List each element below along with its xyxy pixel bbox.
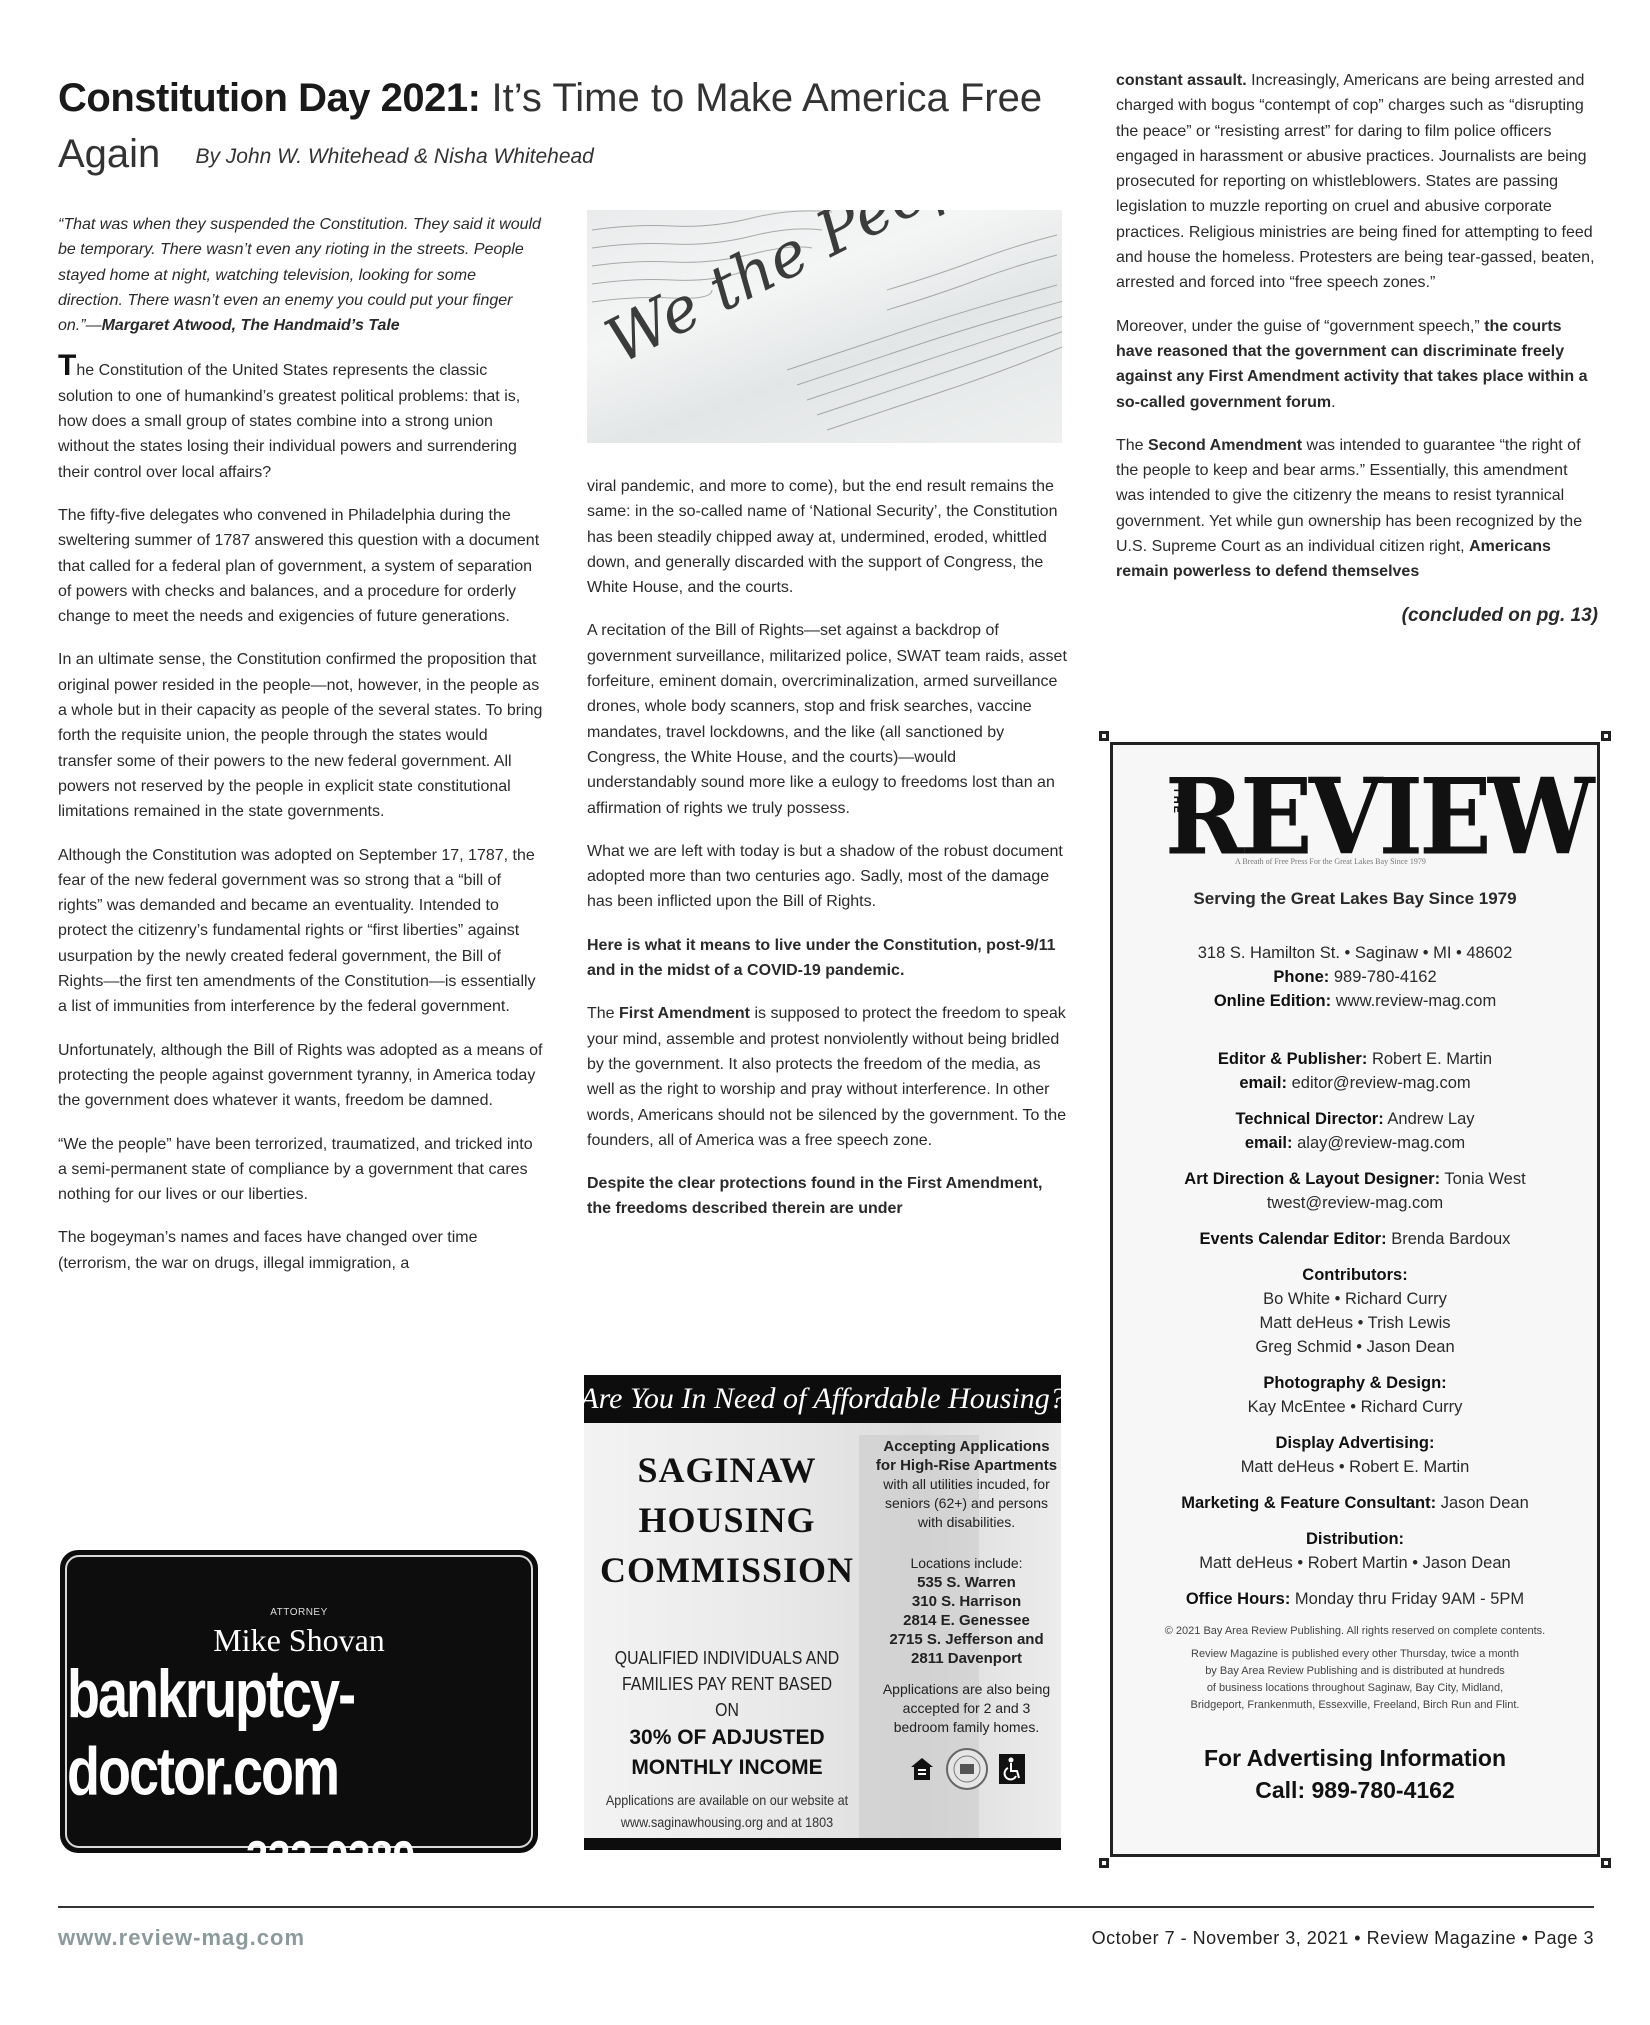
editor-email-line: email: editor@review-mag.com	[1113, 1071, 1597, 1095]
housing-percent: 30% OF ADJUSTED MONTHLY INCOME	[592, 1723, 862, 1783]
location: 2811 Davenport	[911, 1650, 1022, 1667]
paragraph: A recitation of the Bill of Rights—set a…	[587, 618, 1067, 820]
byline: By John W. Whitehead & Nisha Whitehead	[195, 145, 593, 168]
paragraph: The Constitution of the United States re…	[58, 356, 544, 484]
continued-notice: (concluded on pg. 13)	[1116, 603, 1598, 628]
distribution-names: Matt deHeus • Robert Martin • Jason Dean	[1113, 1551, 1597, 1575]
housing-ad[interactable]: Are You In Need of Affordable Housing? S…	[584, 1375, 1061, 1850]
seal-icon	[945, 1747, 989, 1796]
paragraph: In an ultimate sense, the Constitution c…	[58, 647, 544, 824]
paragraph: viral pandemic, and more to come), but t…	[587, 474, 1067, 600]
advertising-cta: For Advertising Information Call: 989-78…	[1113, 1742, 1597, 1806]
title-light-1: It’s Time to Make America Free	[492, 76, 1043, 120]
article-column-3: constant assault. Increasingly, American…	[1116, 68, 1598, 628]
online-edition-line: Online Edition: www.review-mag.com	[1113, 989, 1597, 1013]
tech-email-link[interactable]: alay@review-mag.com	[1297, 1134, 1465, 1152]
housing-org-line: SAGINAW	[592, 1445, 862, 1495]
art-email-link[interactable]: twest@review-mag.com	[1113, 1191, 1597, 1215]
housing-org-line: HOUSING	[592, 1495, 862, 1545]
paragraph: constant assault. Increasingly, American…	[1116, 68, 1598, 296]
phone-line: Phone: 989-780-4162	[1113, 965, 1597, 989]
review-logo: THE REVIEW A Breath of Free Press For th…	[1155, 767, 1555, 877]
paragraph: The bogeyman’s names and faces have chan…	[58, 1225, 544, 1276]
equal-housing-icon	[909, 1756, 935, 1787]
tech-email-line: email: alay@review-mag.com	[1113, 1131, 1597, 1155]
footer-divider	[58, 1906, 1594, 1908]
publication-info: Review Magazine is published every other…	[1113, 1646, 1597, 1714]
paragraph: Moreover, under the guise of “government…	[1116, 314, 1598, 415]
contributors-label: Contributors:	[1302, 1266, 1407, 1284]
serving-tagline: Serving the Great Lakes Bay Since 1979	[1113, 887, 1597, 911]
contributors-line: Matt deHeus • Trish Lewis	[1113, 1311, 1597, 1335]
editor-email-link[interactable]: editor@review-mag.com	[1292, 1074, 1471, 1092]
editor-line: Editor & Publisher: Robert E. Martin	[1113, 1047, 1597, 1071]
housing-right-column: Accepting Applications for High-Rise Apa…	[874, 1437, 1059, 1796]
bankruptcy-ad[interactable]: ATTORNEY Mike Shovan bankruptcy-doctor.c…	[60, 1550, 538, 1853]
frame-corner-ornament	[1099, 1858, 1109, 1868]
paragraph: Here is what it means to live under the …	[587, 933, 1067, 984]
paragraph: The First Amendment is supposed to prote…	[587, 1001, 1067, 1153]
article-title: Constitution Day 2021: It’s Time to Make…	[58, 70, 1068, 185]
epigraph: “That was when they suspended the Consti…	[58, 212, 544, 338]
footer-website-link[interactable]: www.review-mag.com	[58, 1925, 305, 1951]
housing-org-line: COMMISSION	[592, 1545, 862, 1595]
paragraph: Unfortunately, although the Bill of Righ…	[58, 1038, 544, 1114]
paragraph: Despite the clear protections found in t…	[587, 1171, 1067, 1222]
housing-qualified: QUALIFIED INDIVIDUALS AND FAMILIES PAY R…	[608, 1645, 846, 1723]
events-editor-line: Events Calendar Editor: Brenda Bardoux	[1113, 1227, 1597, 1251]
tech-director-line: Technical Director: Andrew Lay	[1113, 1107, 1597, 1131]
contributors-line: Greg Schmid • Jason Dean	[1113, 1335, 1597, 1359]
we-the-people-image: We the People	[587, 210, 1062, 443]
article-column-2: viral pandemic, and more to come), but t…	[587, 474, 1067, 1240]
ad-phone: (989) 233-9389	[183, 1837, 415, 1882]
display-advertising-label: Display Advertising:	[1276, 1434, 1435, 1452]
masthead-box: THE REVIEW A Breath of Free Press For th…	[1110, 742, 1600, 1857]
frame-corner-ornament	[1601, 731, 1611, 741]
frame-corner-ornament	[1601, 1858, 1611, 1868]
display-advertising-names: Matt deHeus • Robert E. Martin	[1113, 1455, 1597, 1479]
location: 2715 S. Jefferson and	[889, 1631, 1043, 1648]
location: 310 S. Harrison	[912, 1593, 1021, 1610]
advertising-phone[interactable]: Call: 989-780-4162	[1113, 1774, 1597, 1806]
ad-attorney-name: Mike Shovan	[213, 1622, 385, 1659]
location: 535 S. Warren	[917, 1574, 1016, 1591]
title-light-2: Again	[58, 132, 160, 176]
contributors-line: Bo White • Richard Curry	[1113, 1287, 1597, 1311]
housing-left-column: SAGINAW HOUSING COMMISSION QUALIFIED IND…	[592, 1445, 862, 1850]
paragraph: Although the Constitution was adopted on…	[58, 843, 544, 1020]
marketing-line: Marketing & Feature Consultant: Jason De…	[1113, 1491, 1597, 1515]
frame-corner-ornament	[1099, 731, 1109, 741]
epigraph-attribution: Margaret Atwood, The Handmaid’s Tale	[102, 317, 400, 334]
housing-apps: Applications are available on our websit…	[606, 1789, 849, 1850]
footer-issue-info: October 7 - November 3, 2021 • Review Ma…	[1092, 1928, 1594, 1949]
housing-banner: Are You In Need of Affordable Housing?	[584, 1375, 1061, 1423]
paragraph: The Second Amendment was intended to gua…	[1116, 433, 1598, 585]
accessibility-icon	[999, 1754, 1025, 1789]
office-hours-line: Office Hours: Monday thru Friday 9AM - 5…	[1113, 1587, 1597, 1611]
title-bold: Constitution Day 2021:	[58, 76, 480, 120]
paragraph: What we are left with today is but a sha…	[587, 839, 1067, 915]
copyright: © 2021 Bay Area Review Publishing. All r…	[1113, 1623, 1597, 1640]
photography-names: Kay McEntee • Richard Curry	[1113, 1395, 1597, 1419]
ad-website-link[interactable]: bankruptcy-doctor.com	[67, 1656, 531, 1811]
online-edition-link[interactable]: www.review-mag.com	[1336, 992, 1496, 1010]
logo-wordmark: REVIEW	[1165, 765, 1545, 870]
distribution-label: Distribution:	[1306, 1530, 1404, 1548]
address: 318 S. Hamilton St. • Saginaw • MI • 486…	[1113, 941, 1597, 965]
paragraph: The fifty-five delegates who convened in…	[58, 503, 544, 629]
drop-cap: T	[58, 349, 76, 382]
location: 2814 E. Genessee	[903, 1612, 1030, 1629]
art-direction-line: Art Direction & Layout Designer: Tonia W…	[1113, 1167, 1597, 1191]
photography-label: Photography & Design:	[1263, 1374, 1446, 1392]
logo-tagline: A Breath of Free Press For the Great Lak…	[1235, 857, 1426, 866]
paragraph: “We the people” have been terrorized, tr…	[58, 1132, 544, 1208]
article-column-1: “That was when they suspended the Consti…	[58, 212, 544, 1294]
ad-attorney-label: ATTORNEY	[270, 1607, 328, 1618]
